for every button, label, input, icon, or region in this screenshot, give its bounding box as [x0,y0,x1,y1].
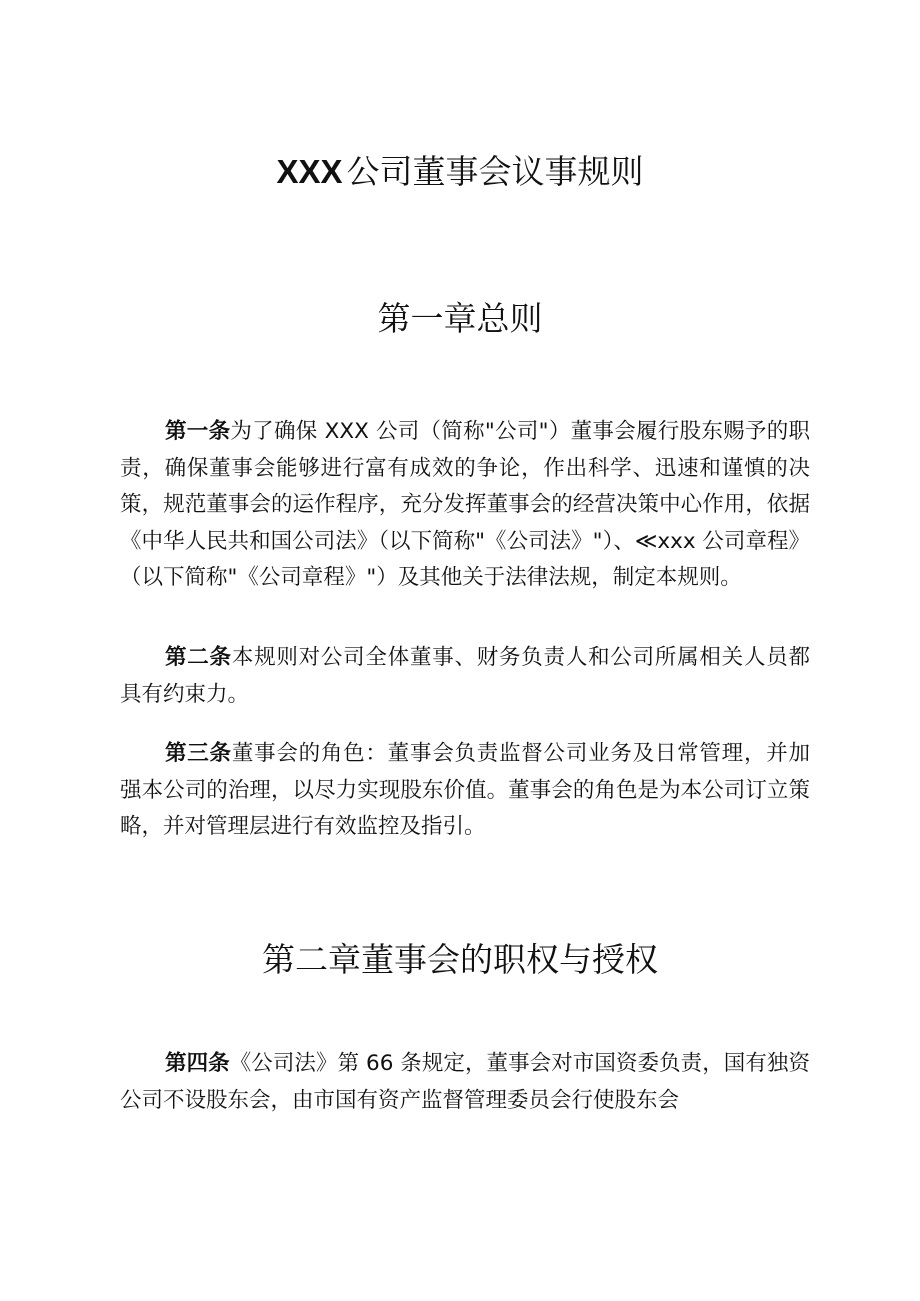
document-title-prefix: XXX [276,153,342,190]
article-3: 第三条董事会的角色：董事会负责监督公司业务及日常管理，并加强本公司的治理，以尽力… [120,736,810,846]
chapter-2-title: 第二章董事会的职权与授权 [0,936,920,984]
article-1-text: 为了确保 XXX 公司（简称"公司"）董事会履行股东赐予的职责，确保董事会能够进… [120,419,810,590]
article-4-label: 第四条 [165,1051,230,1076]
article-1: 第一条为了确保 XXX 公司（简称"公司"）董事会履行股东赐予的职责，确保董事会… [120,414,810,597]
article-1-label: 第一条 [165,419,230,444]
article-3-label: 第三条 [165,741,232,766]
document-title: XXX公司董事会议事规则 [0,148,920,196]
article-2: 第二条本规则对公司全体董事、财务负责人和公司所属相关人员都具有约束力。 [120,640,810,713]
document-page: XXX公司董事会议事规则 第一章总则 第一条为了确保 XXX 公司（简称"公司"… [0,0,920,1301]
document-title-main: 公司董事会议事规则 [347,152,644,191]
chapter-1-title: 第一章总则 [0,295,920,343]
article-2-label: 第二条 [165,645,232,670]
article-4: 第四条《公司法》第 66 条规定，董事会对市国资委负责，国有独资公司不设股东会，… [120,1046,810,1119]
